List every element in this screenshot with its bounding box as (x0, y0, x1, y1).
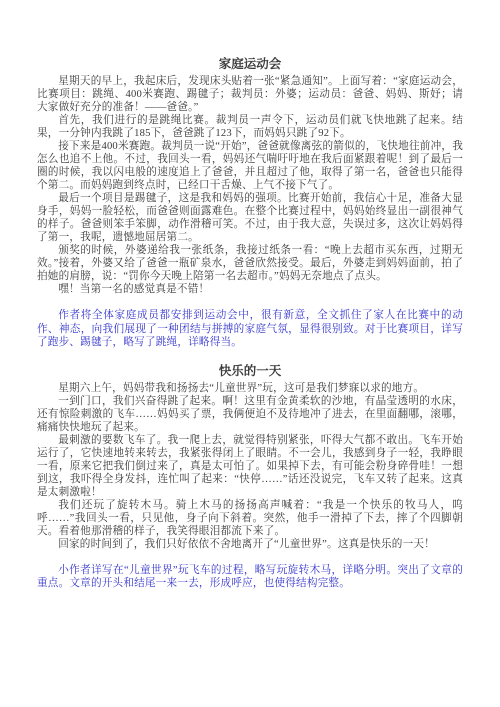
paragraph: 星期六上午，妈妈带我和扬扬去“儿童世界”玩，这可是我们梦寐以求的地方。 (37, 382, 463, 395)
paragraph: 嘿！当第一名的感觉真是不错！ (37, 283, 463, 296)
paragraph: 最刺激的要数飞车了。我一爬上去，就觉得特别紧张，吓得大气都不敢出。飞车开始运行了… (37, 434, 463, 499)
essay2-teacher-comment: 小作者详写在“儿童世界”玩飞车的过程，略写玩旋转木马，详略分明。突出了文章的重点… (37, 564, 463, 591)
essay-happy-day: 快乐的一天 星期六上午，妈妈带我和扬扬去“儿童世界”玩，这可是我们梦寐以求的地方… (37, 364, 463, 591)
paragraph: 一到门口，我们兴奋得跳了起来。啊！这里有金黄柔软的沙地，有晶莹透明的水床，还有惊… (37, 395, 463, 434)
paragraph: 首先，我们进行的是跳绳比赛。裁判员一声令下，运动员们就飞快地跳了起来。结果，一分… (37, 114, 463, 140)
essay1-body: 星期天的早上，我起床后，发现床头贴着一张“紧急通知”。上面写着：“家庭运动会，比… (37, 75, 463, 296)
document-page: 家庭运动会 星期天的早上，我起床后，发现床头贴着一张“紧急通知”。上面写着：“家… (0, 0, 500, 707)
essay2-title: 快乐的一天 (37, 364, 463, 378)
paragraph: 我们还玩了旋转木马。骑上木马的扬扬高声喊着：“我是一个快乐的牧马人，呜呼……”我… (37, 499, 463, 538)
paragraph: 回家的时间到了，我们只好依依不舍地离开了“儿童世界”。这真是快乐的一天！ (37, 538, 463, 551)
paragraph: 最后一个项目是踢毽子，这是我和妈妈的强项。比赛开始前，我信心十足，准备大显身手，… (37, 192, 463, 244)
paragraph: 接下来是400米赛跑。裁判员一说“开始”，爸爸就像离弦的箭似的，飞快地往前冲，我… (37, 140, 463, 192)
paragraph: 星期天的早上，我起床后，发现床头贴着一张“紧急通知”。上面写着：“家庭运动会，比… (37, 75, 463, 114)
essay2-body: 星期六上午，妈妈带我和扬扬去“儿童世界”玩，这可是我们梦寐以求的地方。一到门口，… (37, 382, 463, 551)
essay1-title: 家庭运动会 (37, 57, 463, 71)
essay-family-sports-meet: 家庭运动会 星期天的早上，我起床后，发现床头贴着一张“紧急通知”。上面写着：“家… (37, 57, 463, 350)
essay1-teacher-comment: 作者将全体家庭成员都安排到运动会中，很有新意，全文抓住了家人在比赛中的动作、神态… (37, 309, 463, 350)
paragraph: 颁奖的时候，外婆递给我一张纸条，我接过纸条一看：“晚上去超市买东西，过期无效。”… (37, 244, 463, 283)
